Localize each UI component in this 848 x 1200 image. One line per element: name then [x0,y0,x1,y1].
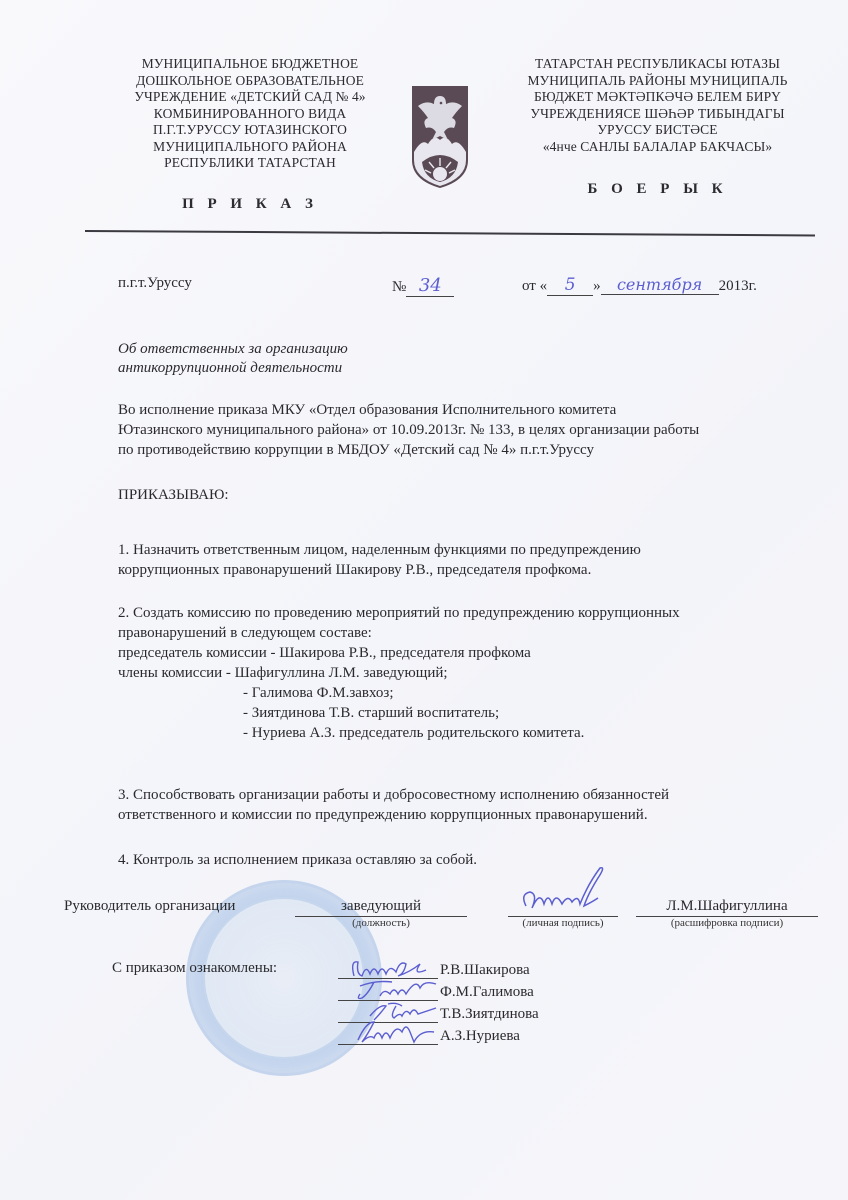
item-4: 4. Контроль за исполнением приказа остав… [118,850,808,870]
signature-line [508,898,618,917]
doc-title-tt: Б О Е Р Ы К [495,181,820,198]
item-2: 2. Создать комиссию по проведению меропр… [118,603,808,743]
document-page: МУНИЦИПАЛЬНОЕ БЮДЖЕТНОЕ ДОШКОЛЬНОЕ ОБРАЗ… [0,0,848,1200]
member-line: - Галимова Ф.М.завхоз; [243,683,808,703]
name-field: Л.М.Шафигуллина (расшифровка подписи) [636,898,818,929]
name-caption: (расшифровка подписи) [636,917,818,929]
ack-label: С приказом ознакомлены: [112,960,277,977]
preamble-line: Во исполнение приказа МКУ «Отдел образов… [118,400,808,420]
coat-of-arms-icon [410,82,470,190]
number-prefix: № [392,279,406,295]
org-line: МУНИЦИПАЛЬ РАЙОНЫ МУНИЦИПАЛЬ [495,73,820,90]
org-line: УРУССУ БИСТӘСЕ [495,122,820,139]
org-line: РЕСПУБЛИКИ ТАТАРСТАН [100,155,400,172]
org-line: МУНИЦИПАЛЬНОЕ БЮДЖЕТНОЕ [100,56,400,73]
date-year: 2013г. [719,278,757,294]
item-line: ответственного и комиссии по предупрежде… [118,805,808,825]
order-subject: Об ответственных за организацию антикорр… [118,340,348,378]
item-line: члены комиссии - Шафигуллина Л.М. заведу… [118,663,808,683]
order-number-value: 34 [406,275,454,297]
member-line: - Нуриева А.З. председатель родительског… [243,723,808,743]
org-line: КОМБИНИРОВАННОГО ВИДА [100,106,400,123]
org-line: П.Г.Т.УРУССУ ЮТАЗИНСКОГО [100,122,400,139]
date-prefix: от « [522,278,547,294]
ack-name: Ф.М.Галимова [440,984,534,1001]
signature-field: (личная подпись) [508,898,618,929]
org-line: УЧРЕЖДЕНИЯСЕ ШӘҺӘР ТИБЫНДАГЫ [495,106,820,123]
item-line: правонарушений в следующем составе: [118,623,808,643]
position-caption: (должность) [295,917,467,929]
signature-label: Руководитель организации [64,898,235,915]
org-line: ДОШКОЛЬНОЕ ОБРАЗОВАТЕЛЬНОЕ [100,73,400,90]
member-list: - Галимова Ф.М.завхоз; - Зиятдинова Т.В.… [118,683,808,743]
header-divider [85,230,815,236]
subject-line: антикоррупционной деятельности [118,359,348,378]
order-word: ПРИКАЗЫВАЮ: [118,485,808,505]
preamble-line: по противодействию коррупции в МБДОУ «Де… [118,440,808,460]
date-day: 5 [547,275,593,296]
order-number: №34 [392,275,454,297]
item-1: 1. Назначить ответственным лицом, наделе… [118,540,808,580]
org-line: «4нче САНЛЫ БАЛАЛАР БАКЧАСЫ» [495,139,820,156]
ack-name: А.З.Нуриева [440,1028,520,1045]
org-line: МУНИЦИПАЛЬНОГО РАЙОНА [100,139,400,156]
subject-line: Об ответственных за организацию [118,340,348,359]
header-right-org: ТАТАРСТАН РЕСПУБЛИКАСЫ ЮТАЗЫ МУНИЦИПАЛЬ … [495,56,820,198]
org-line: УЧРЕЖДЕНИЕ «ДЕТСКИЙ САД № 4» [100,89,400,106]
ack-name: Т.В.Зиятдинова [440,1006,539,1023]
position-value: заведующий [295,898,467,917]
order-date: от «5»сентября2013г. [522,275,757,296]
date-month: сентября [601,275,719,295]
org-line: ТАТАРСТАН РЕСПУБЛИКАСЫ ЮТАЗЫ [495,56,820,73]
handwritten-signatures-icon [340,950,445,1060]
position-field: заведующий (должность) [295,898,467,929]
preamble-line: Ютазинского муниципального района» от 10… [118,420,808,440]
item-line: председатель комиссии - Шакирова Р.В., п… [118,643,808,663]
place: п.г.т.Уруссу [118,275,192,292]
handwritten-signature-icon [518,864,613,919]
item-line: 3. Способствовать организации работы и д… [118,785,808,805]
item-line: 1. Назначить ответственным лицом, наделе… [118,540,808,560]
header-left-org: МУНИЦИПАЛЬНОЕ БЮДЖЕТНОЕ ДОШКОЛЬНОЕ ОБРАЗ… [100,56,400,212]
org-line: БЮДЖЕТ МӘКТӘПКӘЧӘ БЕЛЕМ БИРҮ [495,89,820,106]
signer-name: Л.М.Шафигуллина [636,898,818,917]
item-line: коррупционных правонарушений Шакирову Р.… [118,560,808,580]
item-line: 2. Создать комиссию по проведению меропр… [118,603,808,623]
member-line: - Зиятдинова Т.В. старший воспитатель; [243,703,808,723]
item-3: 3. Способствовать организации работы и д… [118,785,808,825]
date-mid: » [593,278,601,294]
preamble: Во исполнение приказа МКУ «Отдел образов… [118,400,808,460]
ack-name: Р.В.Шакирова [440,962,530,979]
doc-title-ru: П Р И К А З [100,196,400,213]
